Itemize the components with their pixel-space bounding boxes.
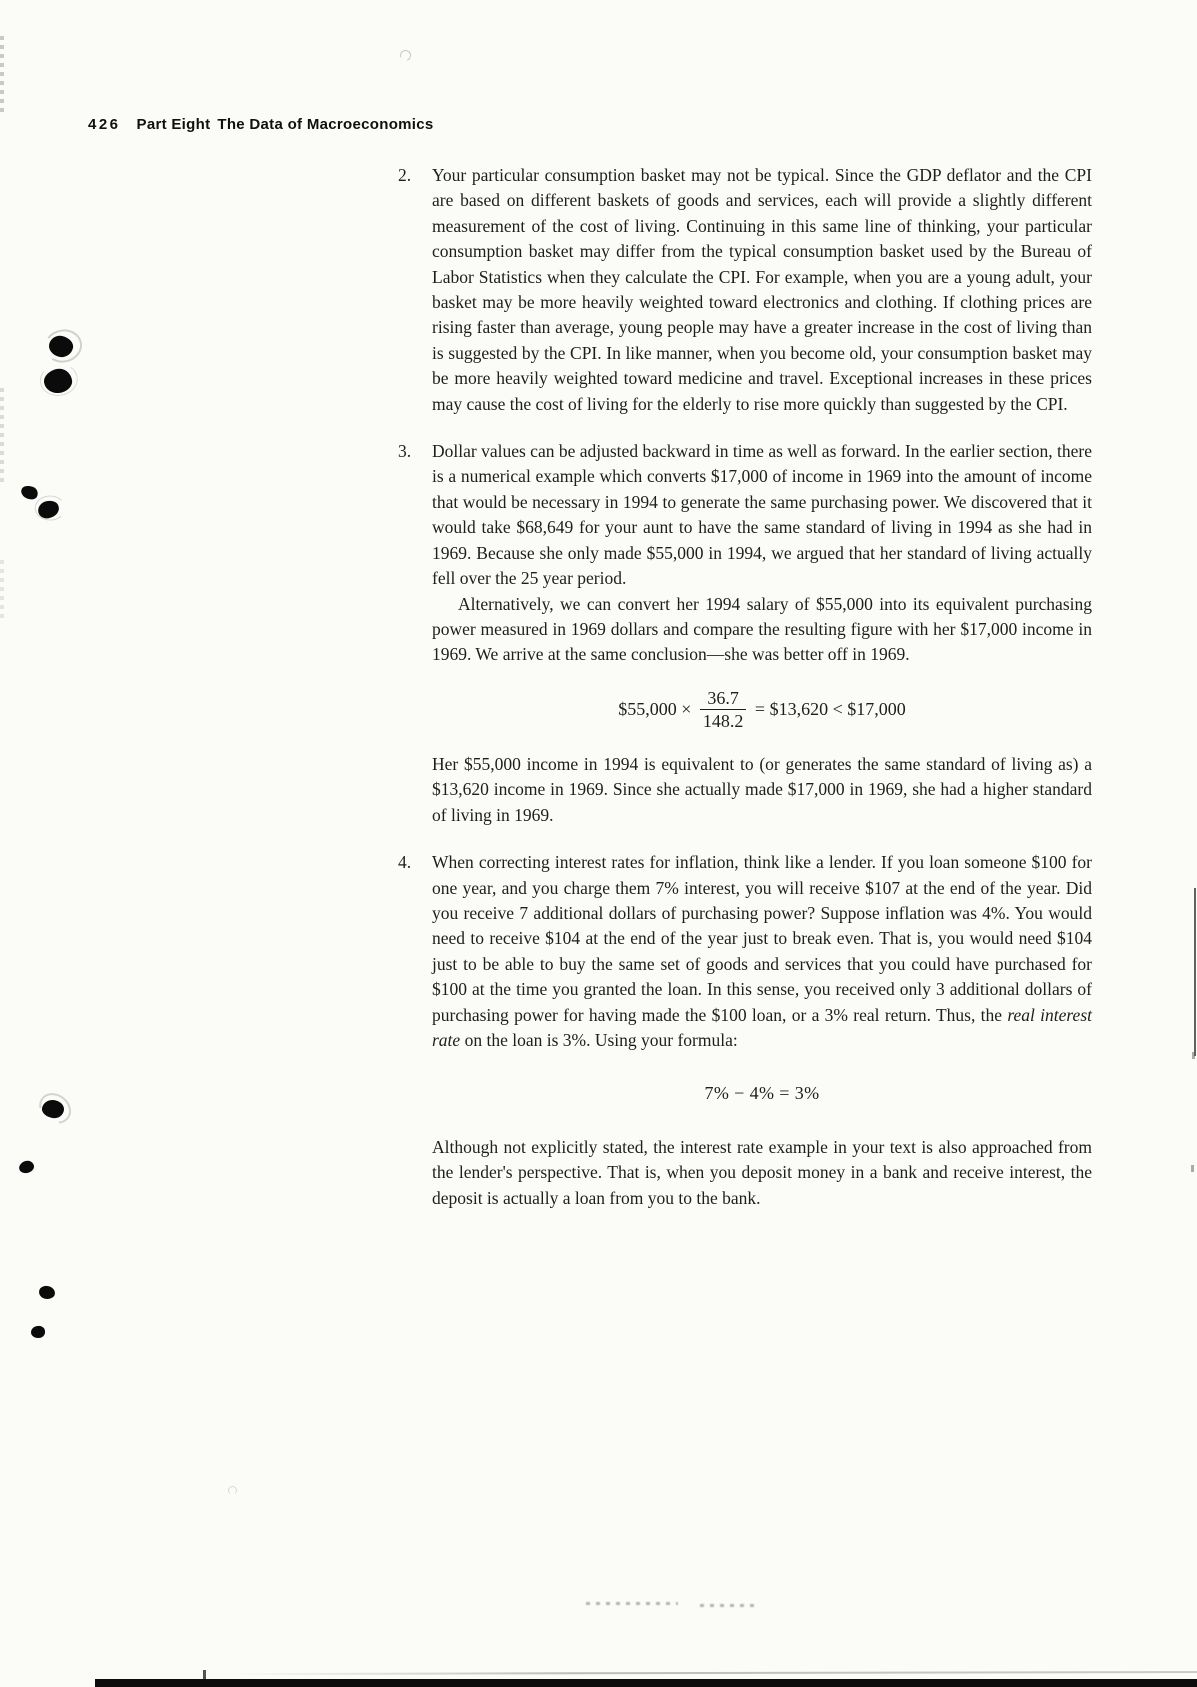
item-body: Your particular consumption basket may n… [432,163,1092,417]
ink-blot [31,1325,46,1338]
fraction-denominator: 148.2 [700,710,746,731]
formula-rhs: = $13,620 < $17,000 [755,697,906,722]
list-item-2: 2. Your particular consumption basket ma… [398,163,1092,417]
item-number: 3. [398,439,432,828]
left-edge-scan-marks [0,36,4,114]
ink-blot [42,367,73,395]
part-label: Part Eight [137,116,211,133]
fraction: 36.7 148.2 [700,688,746,731]
ink-blot [47,333,75,359]
paragraph: Alternatively, we can convert her 1994 s… [432,592,1092,668]
part-title: The Data of Macroeconomics [217,116,433,133]
paragraph: When correcting interest rates for infla… [432,850,1092,1053]
paragraph: Her $55,000 income in 1994 is equivalent… [432,752,1092,828]
list-item-3: 3. Dollar values can be adjusted backwar… [398,439,1092,828]
left-edge-scan-marks [0,388,4,484]
right-edge-mark [1192,1052,1195,1059]
faint-stamp-artifact [586,1602,678,1605]
scanned-textbook-page: 426Part EightThe Data of Macroeconomics … [0,0,1197,1687]
page-content: 2. Your particular consumption basket ma… [398,163,1092,1233]
paragraph: Dollar values can be adjusted backward i… [432,439,1092,591]
paragraph: Your particular consumption basket may n… [432,163,1092,417]
paragraph: Although not explicitly stated, the inte… [432,1135,1092,1211]
scan-bottom-bar [95,1679,1197,1687]
ink-blot [19,483,40,501]
scan-speck [398,48,413,63]
item-number: 2. [398,163,432,417]
right-edge-line [1194,888,1196,1056]
interest-rate-formula: 7% − 4% = 3% [432,1081,1092,1106]
faint-stamp-artifact [700,1604,758,1607]
fraction-numerator: 36.7 [700,688,746,710]
ink-blot [38,1285,56,1301]
text-segment: When correcting interest rates for infla… [432,852,1092,1024]
list-item-4: 4. When correcting interest rates for in… [398,850,1092,1211]
page-number: 426 [88,116,121,133]
text-segment: on the loan is 3%. Using your formula: [460,1030,738,1050]
ink-blot [36,499,60,521]
item-body: When correcting interest rates for infla… [432,850,1092,1211]
scan-speck [228,1486,237,1495]
page-header: 426Part EightThe Data of Macroeconomics [88,116,434,133]
right-edge-mark [1191,1165,1194,1172]
left-edge-scan-marks [0,560,4,620]
formula-lhs: $55,000 × [618,697,691,722]
ink-blot [18,1159,36,1175]
scan-bottom-tick [203,1670,206,1679]
page-edge-shadow [232,1671,1197,1675]
conversion-formula: $55,000 × 36.7 148.2 = $13,620 < $17,000 [432,688,1092,731]
item-number: 4. [398,850,432,1211]
ink-blot [41,1099,65,1120]
item-body: Dollar values can be adjusted backward i… [432,439,1092,828]
